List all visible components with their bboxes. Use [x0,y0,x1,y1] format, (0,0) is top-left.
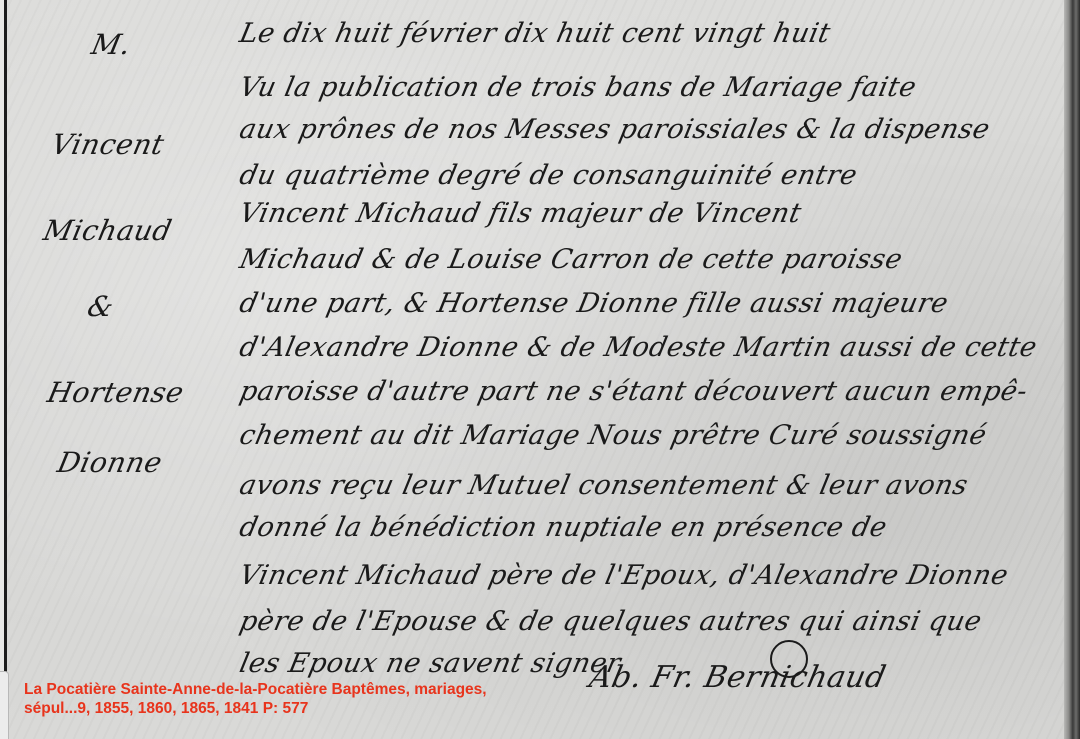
margin-entry-number: M. [88,28,134,61]
record-line-12: donné la bénédiction nuptiale en présenc… [237,512,890,543]
record-line-2: Vu la publication de trois bans de Maria… [237,72,920,103]
book-binding-edge [1064,0,1080,739]
record-line-3: aux prônes de nos Messes paroissiales & … [237,114,993,145]
margin-groom-first-name: Vincent [48,128,167,161]
record-line-1: Le dix huit février dix huit cent vingt … [237,18,834,49]
record-line-13: Vincent Michaud père de l'Epoux, d'Alexa… [237,560,1011,591]
margin-rule-line [4,0,7,739]
record-line-6: Michaud & de Louise Carron de cette paro… [237,244,906,275]
record-line-4: du quatrième degré de consanguinité entr… [237,160,860,191]
record-line-11: avons reçu leur Mutuel consentement & le… [237,470,971,501]
margin-bride-first-name: Hortense [44,376,186,409]
record-line-15: les Epoux ne savent signer [237,648,624,679]
record-line-14: père de l'Epouse & de quelques autres qu… [237,606,985,637]
record-line-7: d'une part, & Hortense Dionne fille auss… [237,288,951,319]
record-line-10: chement au dit Mariage Nous prêtre Curé … [237,420,990,451]
priest-signature: Ab. Fr. Bernichaud [586,660,889,695]
margin-groom-surname: Michaud [40,214,175,247]
record-line-9: paroisse d'autre part ne s'étant découve… [237,376,1031,407]
record-line-8: d'Alexandre Dionne & de Modeste Martin a… [237,332,1040,363]
caption-line-2: sépul...9, 1855, 1860, 1865, 1841 P: 577 [24,699,487,718]
source-caption: La Pocatière Sainte-Anne-de-la-Pocatière… [24,680,487,718]
caption-line-1: La Pocatière Sainte-Anne-de-la-Pocatière… [24,680,487,699]
side-panel-tab[interactable] [0,671,9,739]
record-line-5: Vincent Michaud fils majeur de Vincent [237,198,805,229]
margin-bride-surname: Dionne [54,446,165,479]
